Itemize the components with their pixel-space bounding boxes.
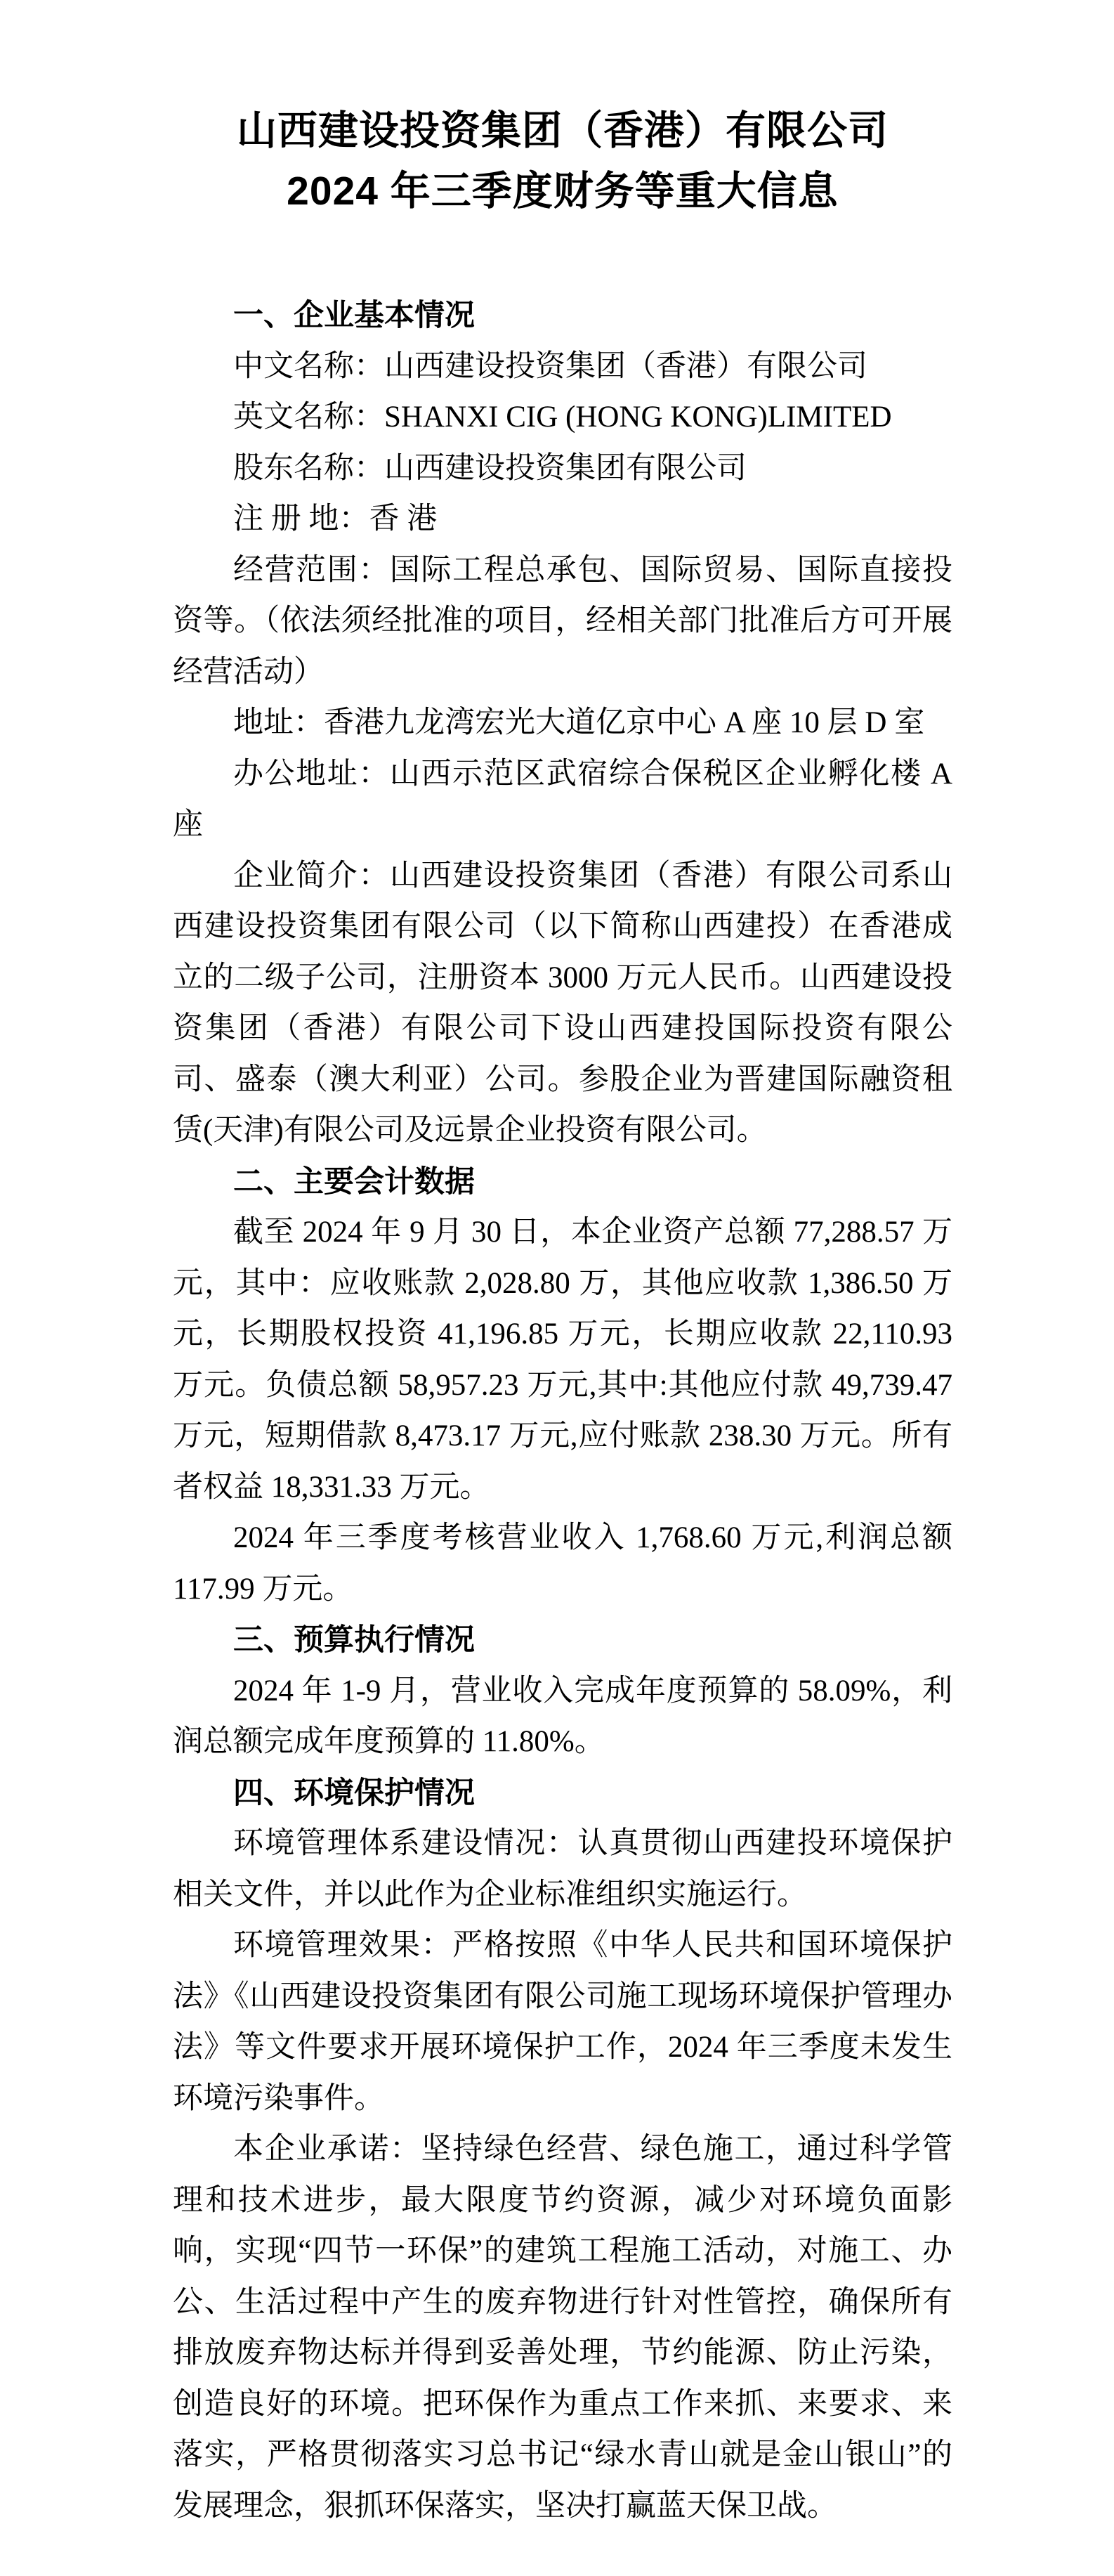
paragraph: 办公地址：山西示范区武宿综合保税区企业孵化楼 A 座: [173, 749, 952, 851]
title-line-1: 山西建设投资集团（香港）有限公司: [173, 100, 952, 161]
section-heading-1: 一、企业基本情况: [173, 290, 952, 341]
paragraph: 地址：香港九龙湾宏光大道亿京中心 A 座 10 层 D 室: [173, 698, 952, 749]
paragraph: 截至 2024 年 9 月 30 日，本企业资产总额 77,288.57 万元，…: [173, 1207, 952, 1513]
paragraph: 环境管理体系建设情况：认真贯彻山西建投环境保护相关文件，并以此作为企业标准组织实…: [173, 1819, 952, 1920]
section-heading-4: 四、环境保护情况: [173, 1768, 952, 1819]
paragraph: 经营范围：国际工程总承包、国际贸易、国际直接投资等。（依法须经批准的项目，经相关…: [173, 545, 952, 698]
paragraph: 英文名称：SHANXI CIG (HONG KONG)LIMITED: [173, 392, 952, 443]
section-heading-3: 三、预算执行情况: [173, 1615, 952, 1666]
paragraph: 企业简介：山西建设投资集团（香港）有限公司系山西建设投资集团有限公司（以下简称山…: [173, 851, 952, 1157]
document-page: 山西建设投资集团（香港）有限公司 2024 年三季度财务等重大信息 一、企业基本…: [0, 0, 1114, 2576]
paragraph: 注 册 地：香 港: [173, 494, 952, 545]
document-title: 山西建设投资集团（香港）有限公司 2024 年三季度财务等重大信息: [0, 0, 1114, 221]
paragraph: 2024 年三季度考核营业收入 1,768.60 万元,利润总额 117.99 …: [173, 1513, 952, 1615]
paragraph: 股东名称：山西建设投资集团有限公司: [173, 443, 952, 495]
paragraph: 中文名称：山西建设投资集团（香港）有限公司: [173, 341, 952, 393]
paragraph: 2024 年 1-9 月，营业收入完成年度预算的 58.09%，利润总额完成年度…: [173, 1666, 952, 1768]
document-body: 一、企业基本情况中文名称：山西建设投资集团（香港）有限公司英文名称：SHANXI…: [0, 290, 1114, 2532]
title-line-2: 2024 年三季度财务等重大信息: [173, 161, 952, 221]
paragraph: 本企业承诺：坚持绿色经营、绿色施工，通过科学管理和技术进步，最大限度节约资源，减…: [173, 2124, 952, 2532]
section-heading-2: 二、主要会计数据: [173, 1157, 952, 1208]
paragraph: 环境管理效果：严格按照《中华人民共和国环境保护法》《山西建设投资集团有限公司施工…: [173, 1920, 952, 2124]
